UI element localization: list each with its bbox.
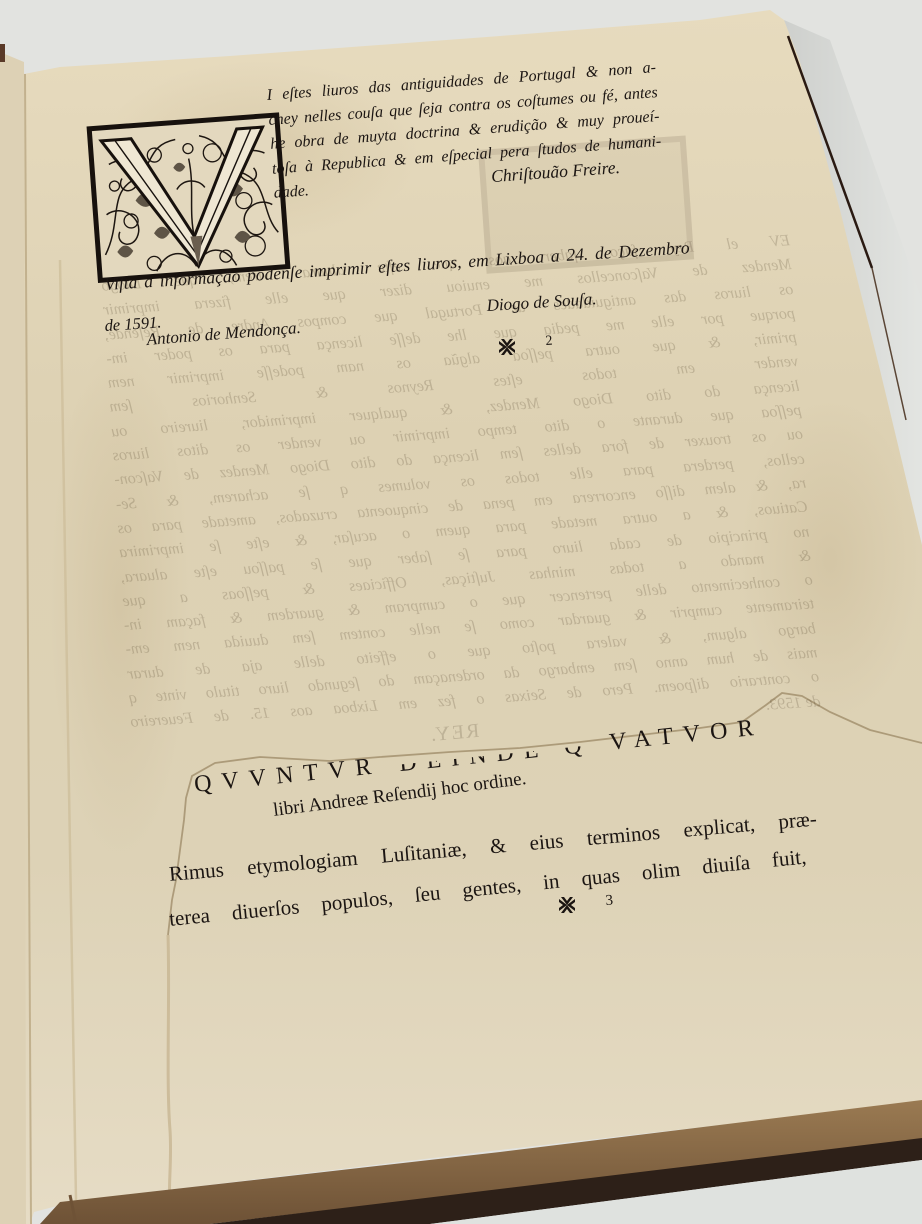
signature-mark: 2 (545, 334, 553, 350)
book-photo: EV el Rey faço ſaber aos que eſte aluara… (0, 0, 922, 1224)
woodcut-initial-icon (86, 112, 291, 284)
decorated-initial-v (86, 112, 291, 289)
fleuron-icon (558, 896, 576, 914)
fleuron-icon (498, 338, 516, 356)
show-through-text: EV el Rey faço ſaber aos que eſte aluara… (101, 229, 822, 760)
signature-mark: 3 (605, 892, 614, 909)
approbation-line: dade. (273, 182, 309, 201)
